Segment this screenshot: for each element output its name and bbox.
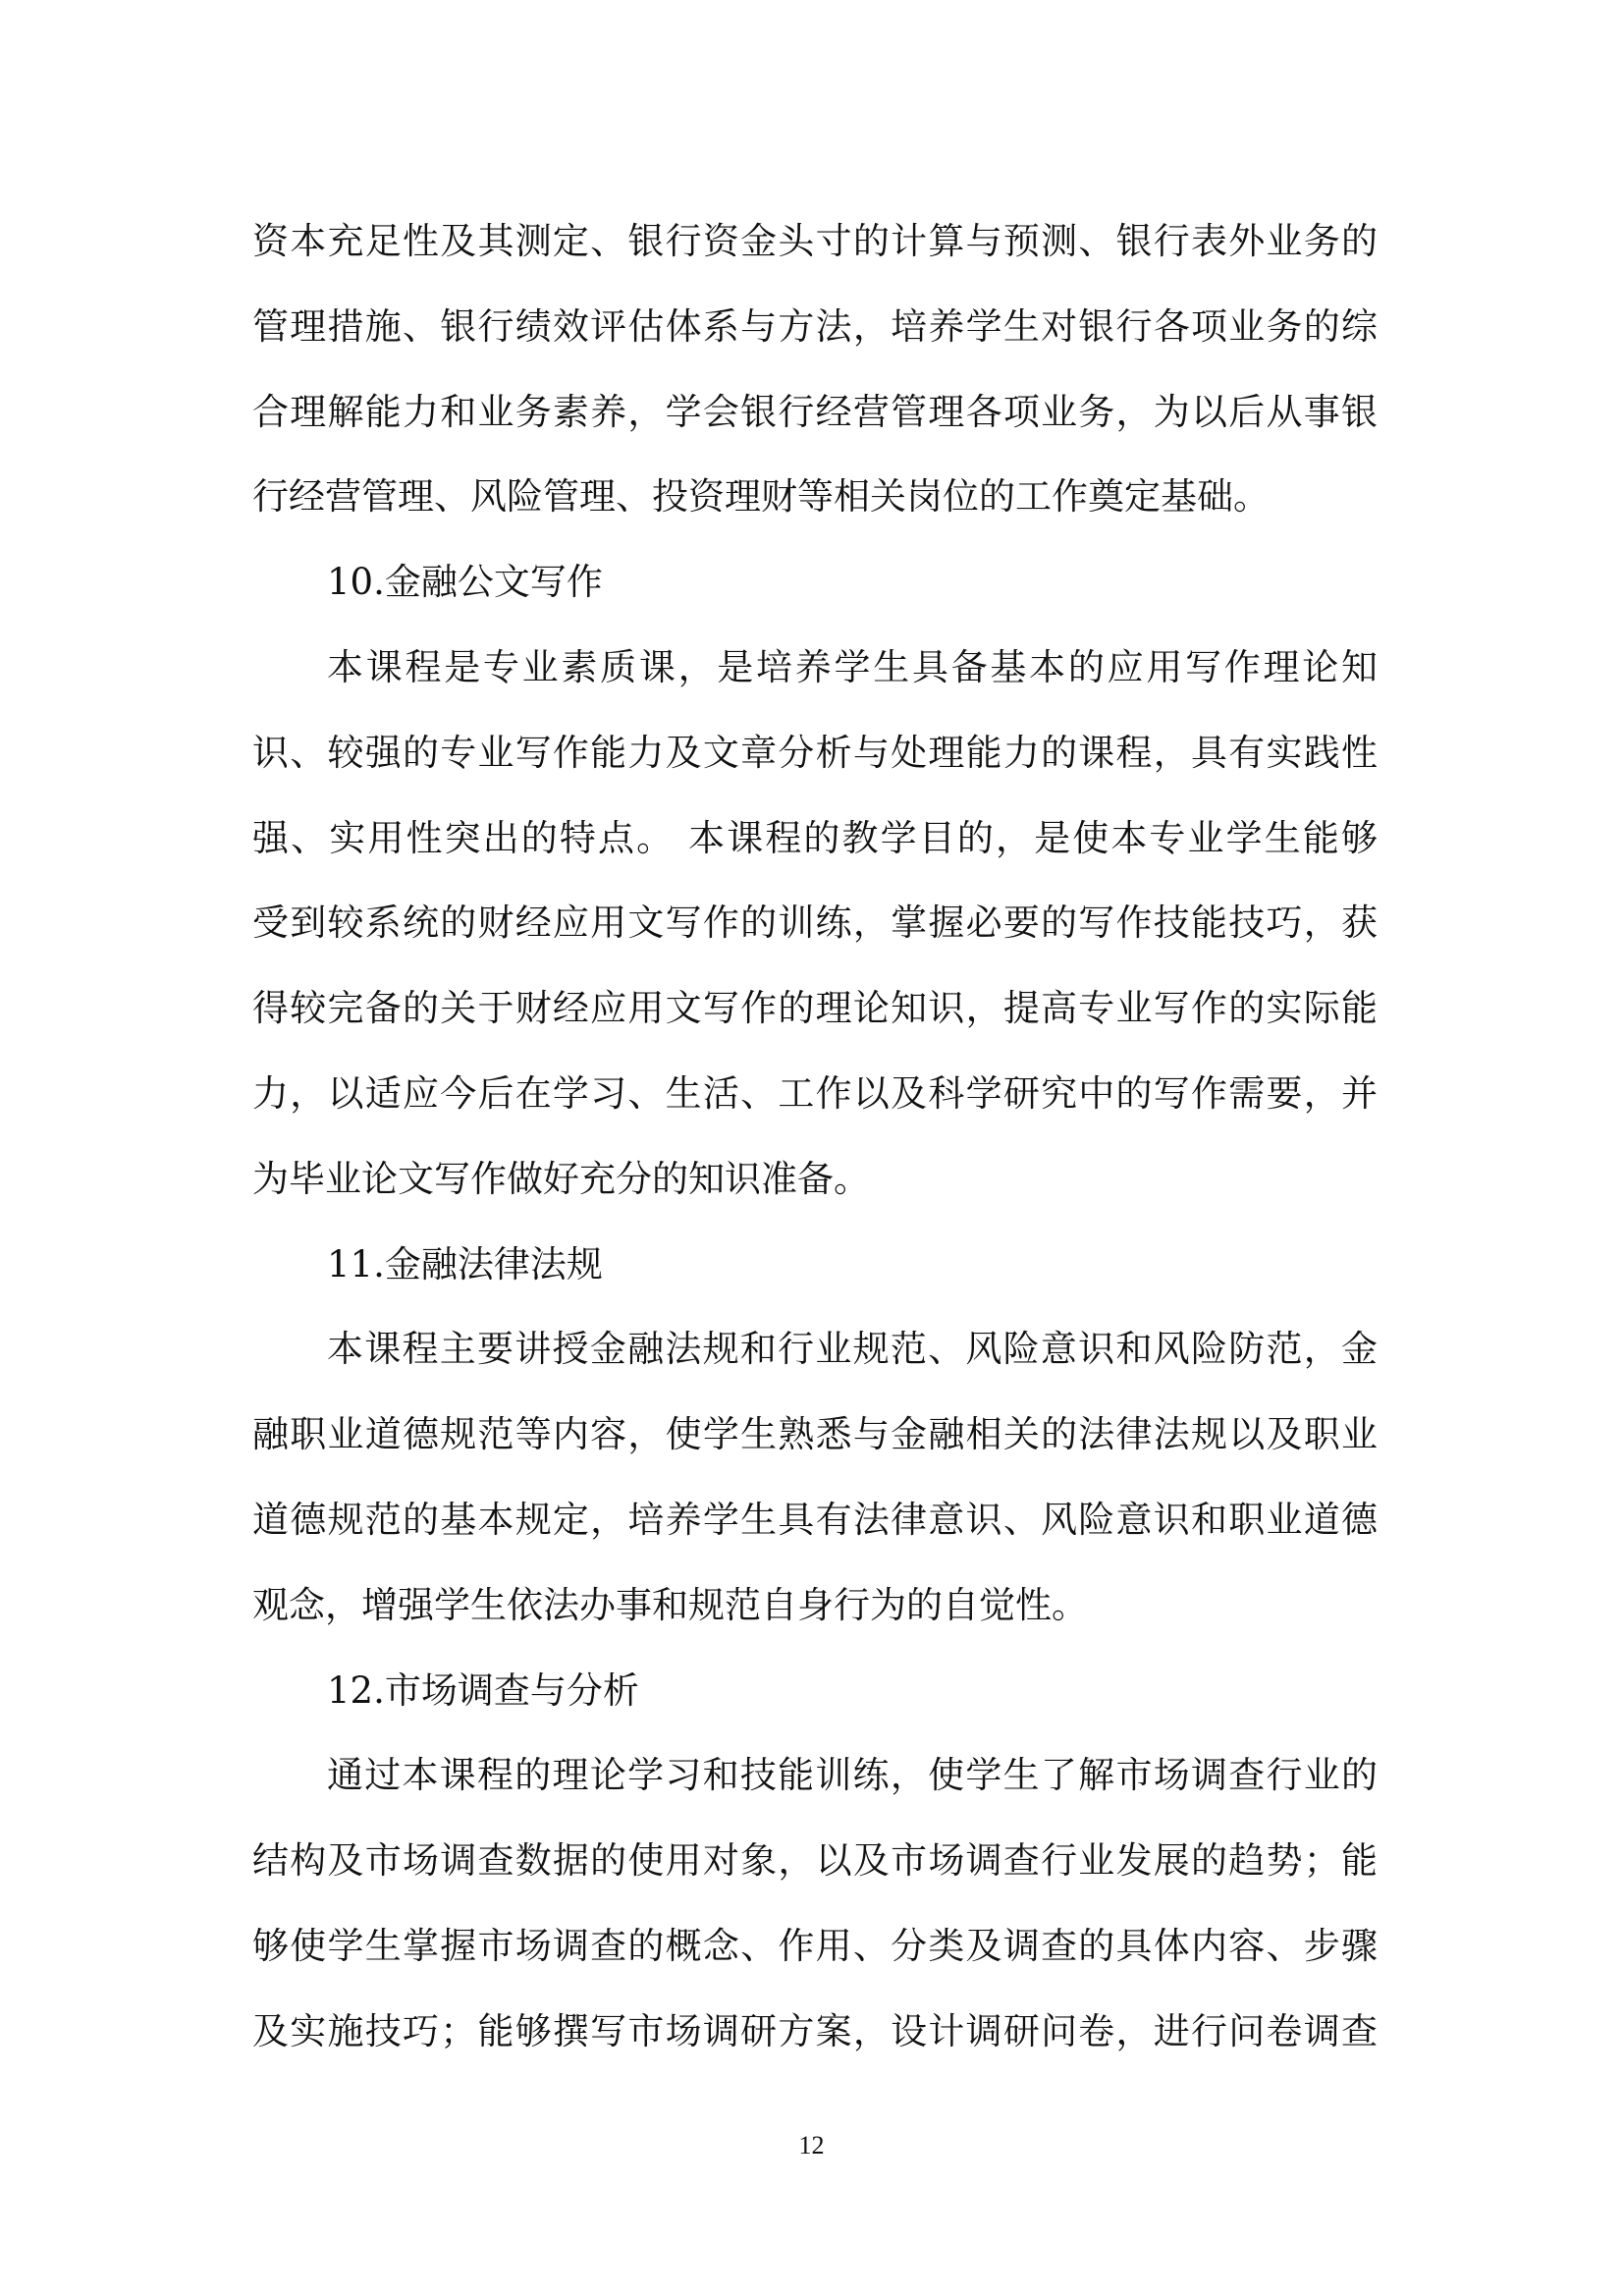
text-line: 力，以适应今后在学习、生活、工作以及科学研究中的写作需要，并 [252,1070,1378,1156]
heading-text: 10.金融公文写作 [252,559,1378,644]
section-heading-market-research: 12.市场调查与分析 [252,1667,1378,1753]
heading-text: 12.市场调查与分析 [252,1667,1378,1753]
text-line: 通过本课程的理论学习和技能训练，使学生了解市场调查行业的 [252,1752,1378,1837]
paragraph-banking-management-continued: 资本充足性及其测定、银行资金头寸的计算与预测、银行表外业务的 管理措施、银行绩效… [252,218,1378,559]
text-line: 强、实用性突出的特点。 本课程的教学目的，是使本专业学生能够 [252,815,1378,901]
text-line: 本课程主要讲授金融法规和行业规范、风险意识和风险防范，金 [252,1326,1378,1411]
text-line: 行经营管理、风险管理、投资理财等相关岗位的工作奠定基础。 [252,473,1378,559]
heading-text: 11.金融法律法规 [252,1241,1378,1327]
text-line: 合理解能力和业务素养，学会银行经营管理各项业务，为以后从事银 [252,389,1378,474]
text-line: 识、较强的专业写作能力及文章分析与处理能力的课程，具有实践性 [252,730,1378,815]
text-line: 得较完备的关于财经应用文写作的理论知识，提高专业写作的实际能 [252,985,1378,1070]
section-heading-financial-law: 11.金融法律法规 [252,1241,1378,1327]
paragraph-market-research: 通过本课程的理论学习和技能训练，使学生了解市场调查行业的 结构及市场调查数据的使… [252,1752,1378,2093]
paragraph-financial-writing: 本课程是专业素质课，是培养学生具备基本的应用写作理论知 识、较强的专业写作能力及… [252,644,1378,1241]
text-line: 为毕业论文写作做好充分的知识准备。 [252,1156,1378,1241]
paragraph-financial-law: 本课程主要讲授金融法规和行业规范、风险意识和风险防范，金 融职业道德规范等内容，… [252,1326,1378,1667]
text-line: 及实施技巧；能够撰写市场调研方案，设计调研问卷，进行问卷调查 [252,2008,1378,2094]
document-page: 资本充足性及其测定、银行资金头寸的计算与预测、银行表外业务的 管理措施、银行绩效… [252,218,1378,2094]
page-number: 12 [0,2131,1623,2160]
text-line: 观念，增强学生依法办事和规范自身行为的自觉性。 [252,1582,1378,1667]
text-line: 够使学生掌握市场调查的概念、作用、分类及调查的具体内容、步骤 [252,1923,1378,2008]
text-line: 受到较系统的财经应用文写作的训练，掌握必要的写作技能技巧，获 [252,900,1378,985]
text-line: 本课程是专业素质课，是培养学生具备基本的应用写作理论知 [252,644,1378,730]
text-line: 管理措施、银行绩效评估体系与方法，培养学生对银行各项业务的综 [252,303,1378,389]
text-line: 资本充足性及其测定、银行资金头寸的计算与预测、银行表外业务的 [252,218,1378,303]
section-heading-financial-writing: 10.金融公文写作 [252,559,1378,644]
text-line: 结构及市场调查数据的使用对象，以及市场调查行业发展的趋势；能 [252,1837,1378,1923]
text-line: 融职业道德规范等内容，使学生熟悉与金融相关的法律法规以及职业 [252,1411,1378,1497]
text-line: 道德规范的基本规定，培养学生具有法律意识、风险意识和职业道德 [252,1497,1378,1582]
